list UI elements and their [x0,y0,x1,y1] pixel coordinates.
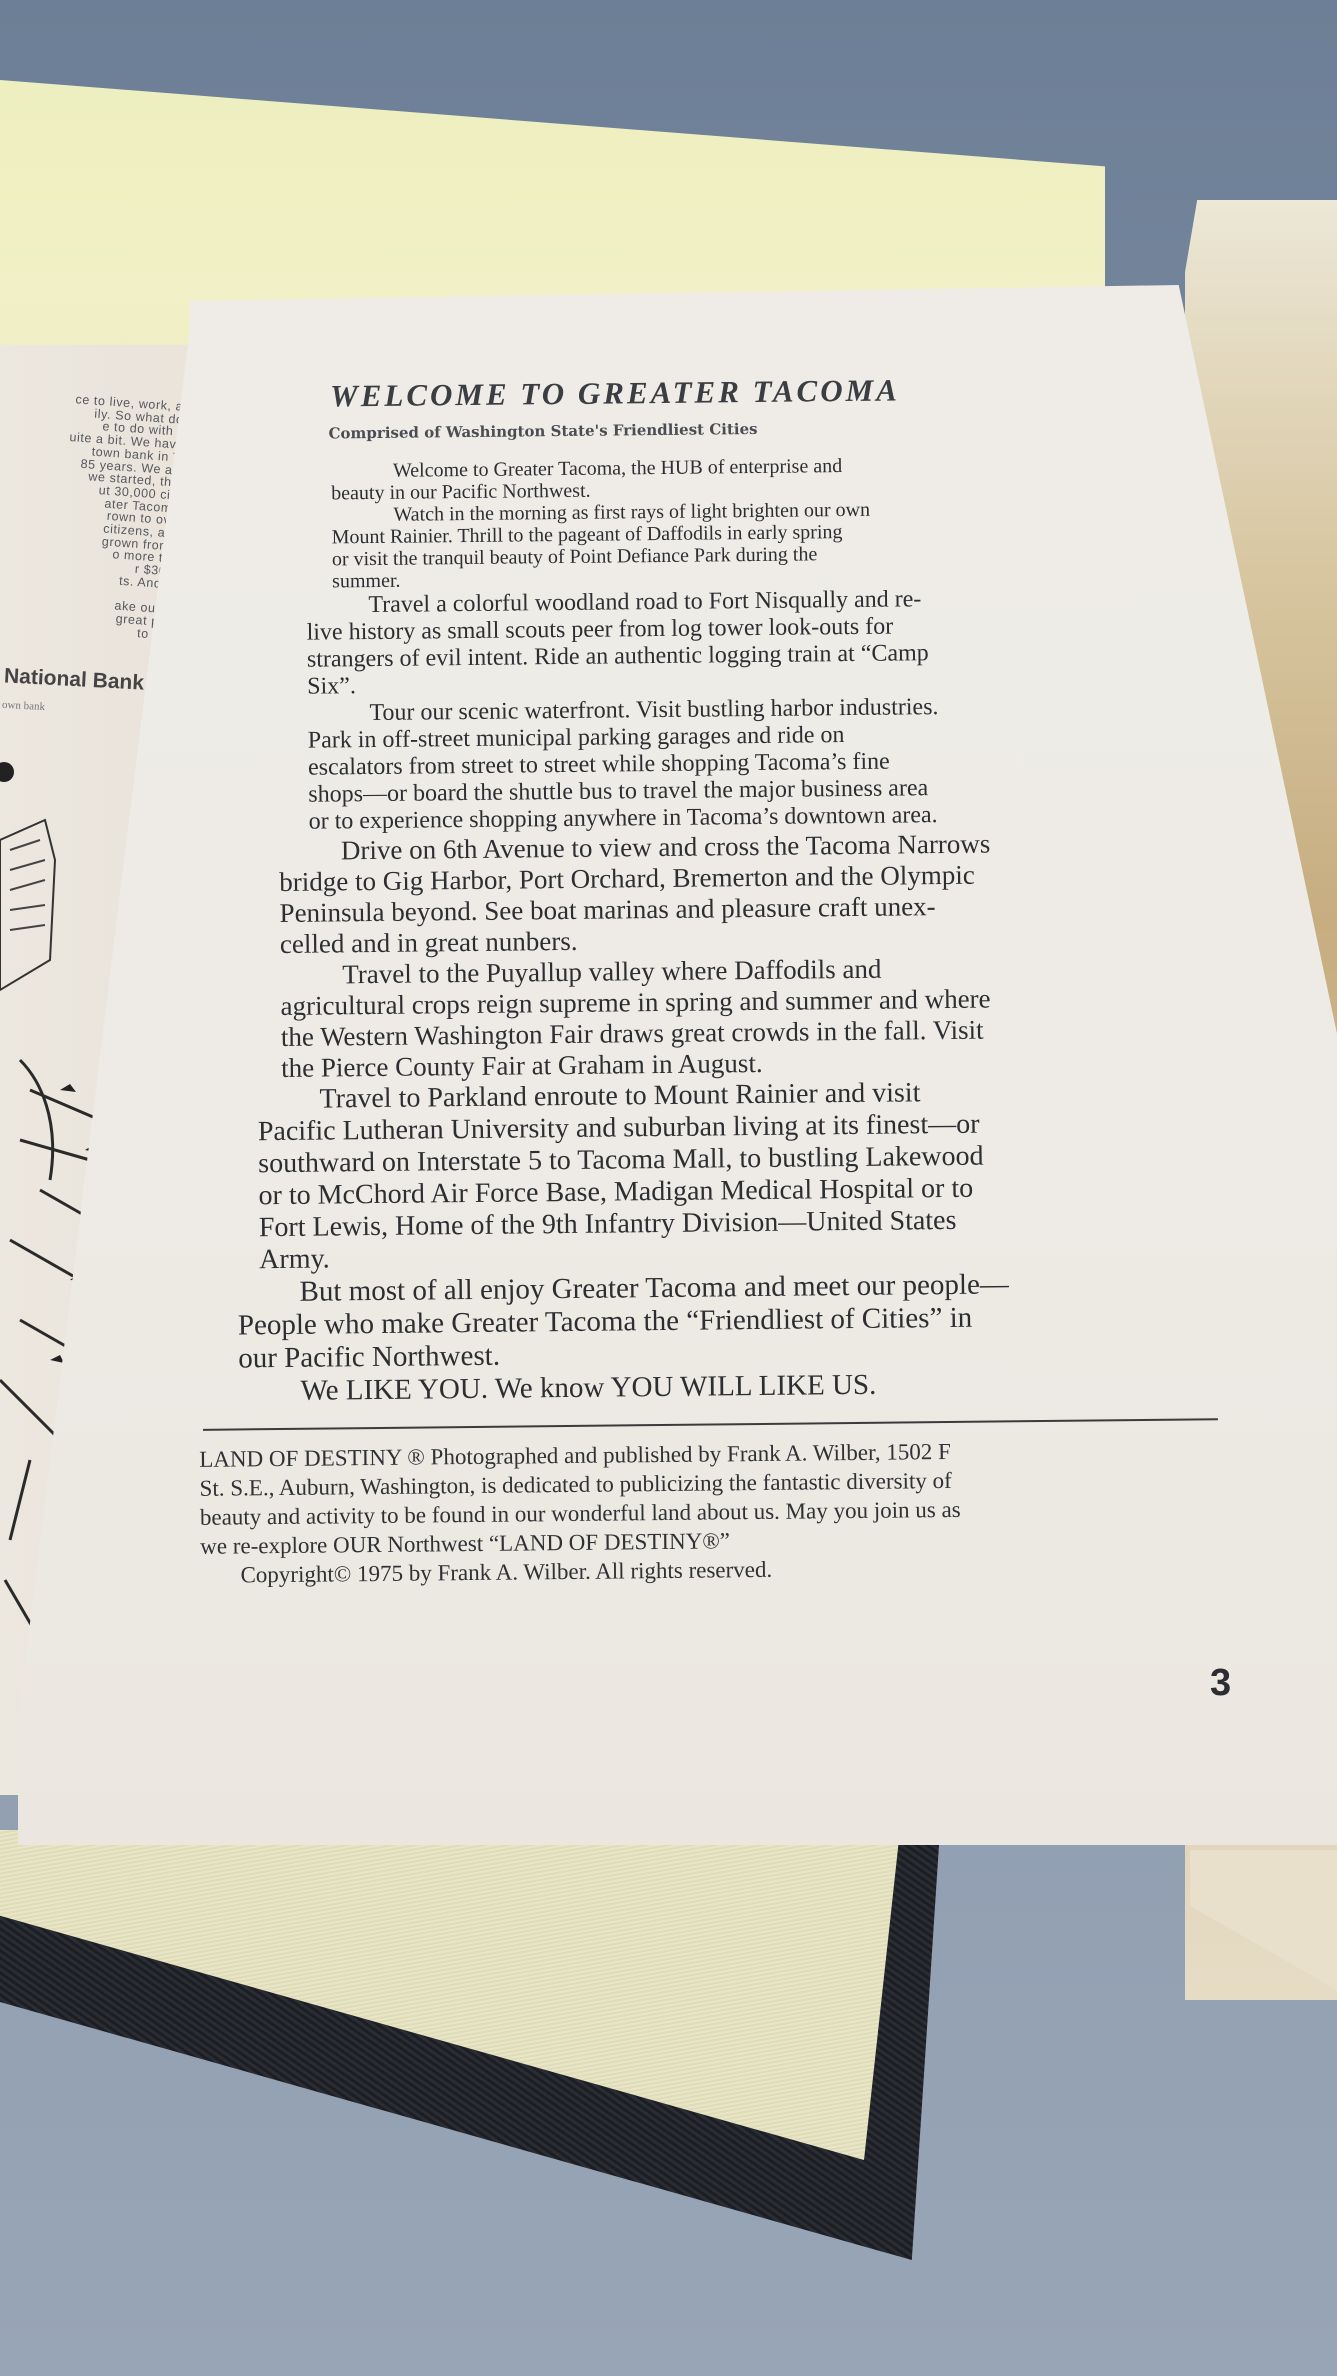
paragraph-waterfront: Tour our scenic waterfront. Visit bustli… [307,691,1244,836]
paragraph-mount-rainier: Watch in the morning as first rays of li… [331,495,1242,593]
paragraph-fort-nisqually: Travel a colorful woodland road to Fort … [306,583,1243,701]
text-line: Welcome to Greater Tacoma, the HUB of en… [393,455,842,482]
text-line: Travel to Parkland enroute to Mount Rain… [319,1077,920,1114]
page-content: WELCOME TO GREATER TACOMA Comprised of W… [180,369,1253,1590]
divider-rule [203,1418,1218,1431]
bank-tagline: own bank [2,699,46,713]
publisher-footer: LAND OF DESTINY ® Photographed and publi… [199,1434,1252,1590]
article-body: Welcome to Greater Tacoma, the HUB of en… [181,451,1251,1409]
text-line: We LIKE YOU. We know YOU WILL LIKE US. [300,1369,876,1407]
paragraph-people: But most of all enjoy Greater Tacoma and… [237,1266,1250,1376]
text-line: Travel to the Puyallup valley where Daff… [342,954,881,990]
paragraph-narrows-bridge: Drive on 6th Avenue to view and cross th… [279,826,1246,960]
page-subtitle: Comprised of Washington State's Friendli… [328,415,1240,443]
text-line: Tour our scenic waterfront. Visit bustli… [369,694,938,726]
paragraph-parkland: Travel to Parkland enroute to Mount Rain… [257,1074,1249,1276]
paragraph-puyallup: Travel to the Puyallup valley where Daff… [280,950,1247,1084]
page-number: 3 [1210,1662,1231,1705]
